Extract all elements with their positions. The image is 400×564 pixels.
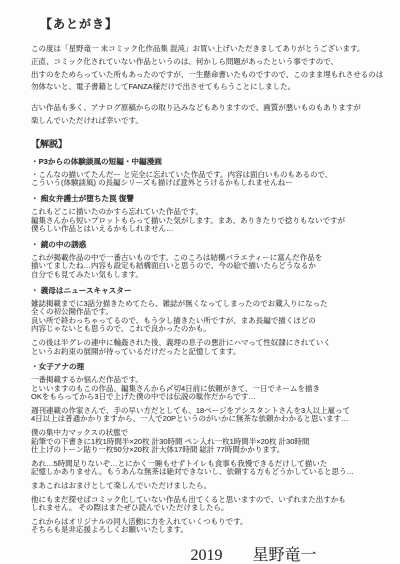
- paragraph: この後は半グレの連中に輪姦された後、義理の息子の悪計にハマって性奴隷にされていく…: [31, 339, 386, 356]
- text-line: OKをもらってから3日で上げた僕の中では伝説の駄作だからです…: [31, 393, 386, 402]
- signature-year: 2019: [190, 547, 222, 564]
- work-title-bullet: ・女子アナの理: [31, 361, 386, 372]
- text-line: 記憶しかありません。もうあんな無茶は絶対できないし、依頼する方もどうかしていると…: [31, 468, 386, 477]
- text-line: こういう(体験談風) の長編シリーズも描けば意外とうけるかもしれませんねー: [31, 179, 386, 188]
- paragraph: あれ…5時間足りないぞ…とにかく一睡もせずトイレも食事も我慢できるだけして描いた…: [31, 460, 386, 477]
- text-line: まあこれはおまけとして楽しんでいただけましたら。: [31, 482, 386, 491]
- signature-author: 星野竜一: [252, 547, 316, 564]
- paragraph: 一番掲載するか悩んだ作品です。といいますのもこの作品、編集さんから〆切4日前に依…: [31, 376, 386, 402]
- paragraph: 週刊連載の作家さんで、手の早い方だとしても、18ページをアシスタントさんを3人以…: [31, 407, 386, 424]
- paragraph: 他にもまだ探せばコミック化していない作品も出てくると思いますので、いずれまた出す…: [31, 496, 386, 513]
- section-heading: 【解説】: [31, 137, 386, 150]
- work-title-bullet: ・ 義母はニュースキャスター: [31, 285, 386, 296]
- text-line: 仕上げのトーン貼り一枚50分×20枚 計大体17時間 総計 77時間かかります。: [31, 446, 386, 455]
- work-title-bullet: ・P3からの体験談風の短編・中編漫画: [31, 156, 386, 167]
- text-line: そちらも是非応援よろしくお願いいたします。: [31, 526, 386, 535]
- work-title-bullet: ・ 痴女弁護士が堕ちた罠 復讐: [31, 193, 386, 204]
- text-line: 4日以上は普通かかりますから、一人で20Pというのがいかに無茶な依頼かわかると思…: [31, 415, 386, 424]
- text-line: というお約束の展開が待っているだけだったと記憶してます。: [31, 348, 386, 357]
- text-line: 勿体ないと、電子書籍としてFANZA様だけで出させてもらうことにしました。: [31, 81, 386, 94]
- paragraph: ・こんなの描いてたんだー と完全に忘れていた作品です。内容は面白いものもあるので…: [31, 171, 386, 188]
- paragraph: これが掲載作品の中で一番古いものです。このころは結構バラエティーに富んだ作品を描…: [31, 254, 386, 280]
- work-title-bullet: ・ 鏡の中の誘惑: [31, 239, 386, 250]
- text-line: 内容じゃないとも思うので、これで良かったのかも。: [31, 325, 386, 334]
- text-line: 僕らしい作品とはいえるかもしれません…: [31, 225, 386, 234]
- text-line: 古い作品も多く、アナログ原稿からの取り込みなどもありますので、画質が悪いものもあ…: [31, 102, 386, 115]
- signature-line: 2019星野竜一: [76, 542, 400, 564]
- paragraph: これからはオリジナルの同人活動に力を入れていくつもりです。そちらも是非応援よろし…: [31, 518, 386, 535]
- paragraph: 古い作品も多く、アナログ原稿からの取り込みなどもありますので、画質が悪いものもあ…: [31, 102, 386, 128]
- page-title: 【あとがき】: [40, 15, 386, 32]
- paragraph: まあこれはおまけとして楽しんでいただけましたら。: [31, 482, 386, 491]
- paragraph: これもどこに描いたのかすら忘れていた作品です。編集さんから短いプロットもらって描…: [31, 208, 386, 234]
- text-line: 自分でも見てみたい気もします。: [31, 271, 386, 280]
- paragraph: 雑誌掲載までに3話分描きためてたら、雑誌が無くなってしまったのでお蔵入りになった…: [31, 300, 386, 334]
- paragraph: この度は「星野竜一 未コミック化作品集 混沌」お買い上げいただきましてありがとう…: [31, 43, 386, 94]
- afterword-page: 【あとがき】 この度は「星野竜一 未コミック化作品集 混沌」お買い上げいただきま…: [0, 0, 400, 564]
- text-line: 楽しんでいただければ幸いです。: [31, 115, 386, 128]
- text-line: この度は「星野竜一 未コミック化作品集 混沌」お買い上げいただきましてありがとう…: [31, 43, 386, 56]
- text-line: 出すのをためらっていた所もあったのですが、一生懸命書いたものですので、このまま埋…: [31, 69, 386, 82]
- text-line: しれません。 その際はまたぜひ読んでいただけましたら。: [31, 504, 386, 513]
- document-body: この度は「星野竜一 未コミック化作品集 混沌」お買い上げいただきましてありがとう…: [31, 43, 386, 535]
- paragraph: 僕の集中力マックスの状態で鉛筆での下書きに1枚1時間半×20枚 計30時間 ペン…: [31, 429, 386, 455]
- text-line: 正直、コミック化されていない作品というのは、何かしら問題があったという事ですので…: [31, 56, 386, 69]
